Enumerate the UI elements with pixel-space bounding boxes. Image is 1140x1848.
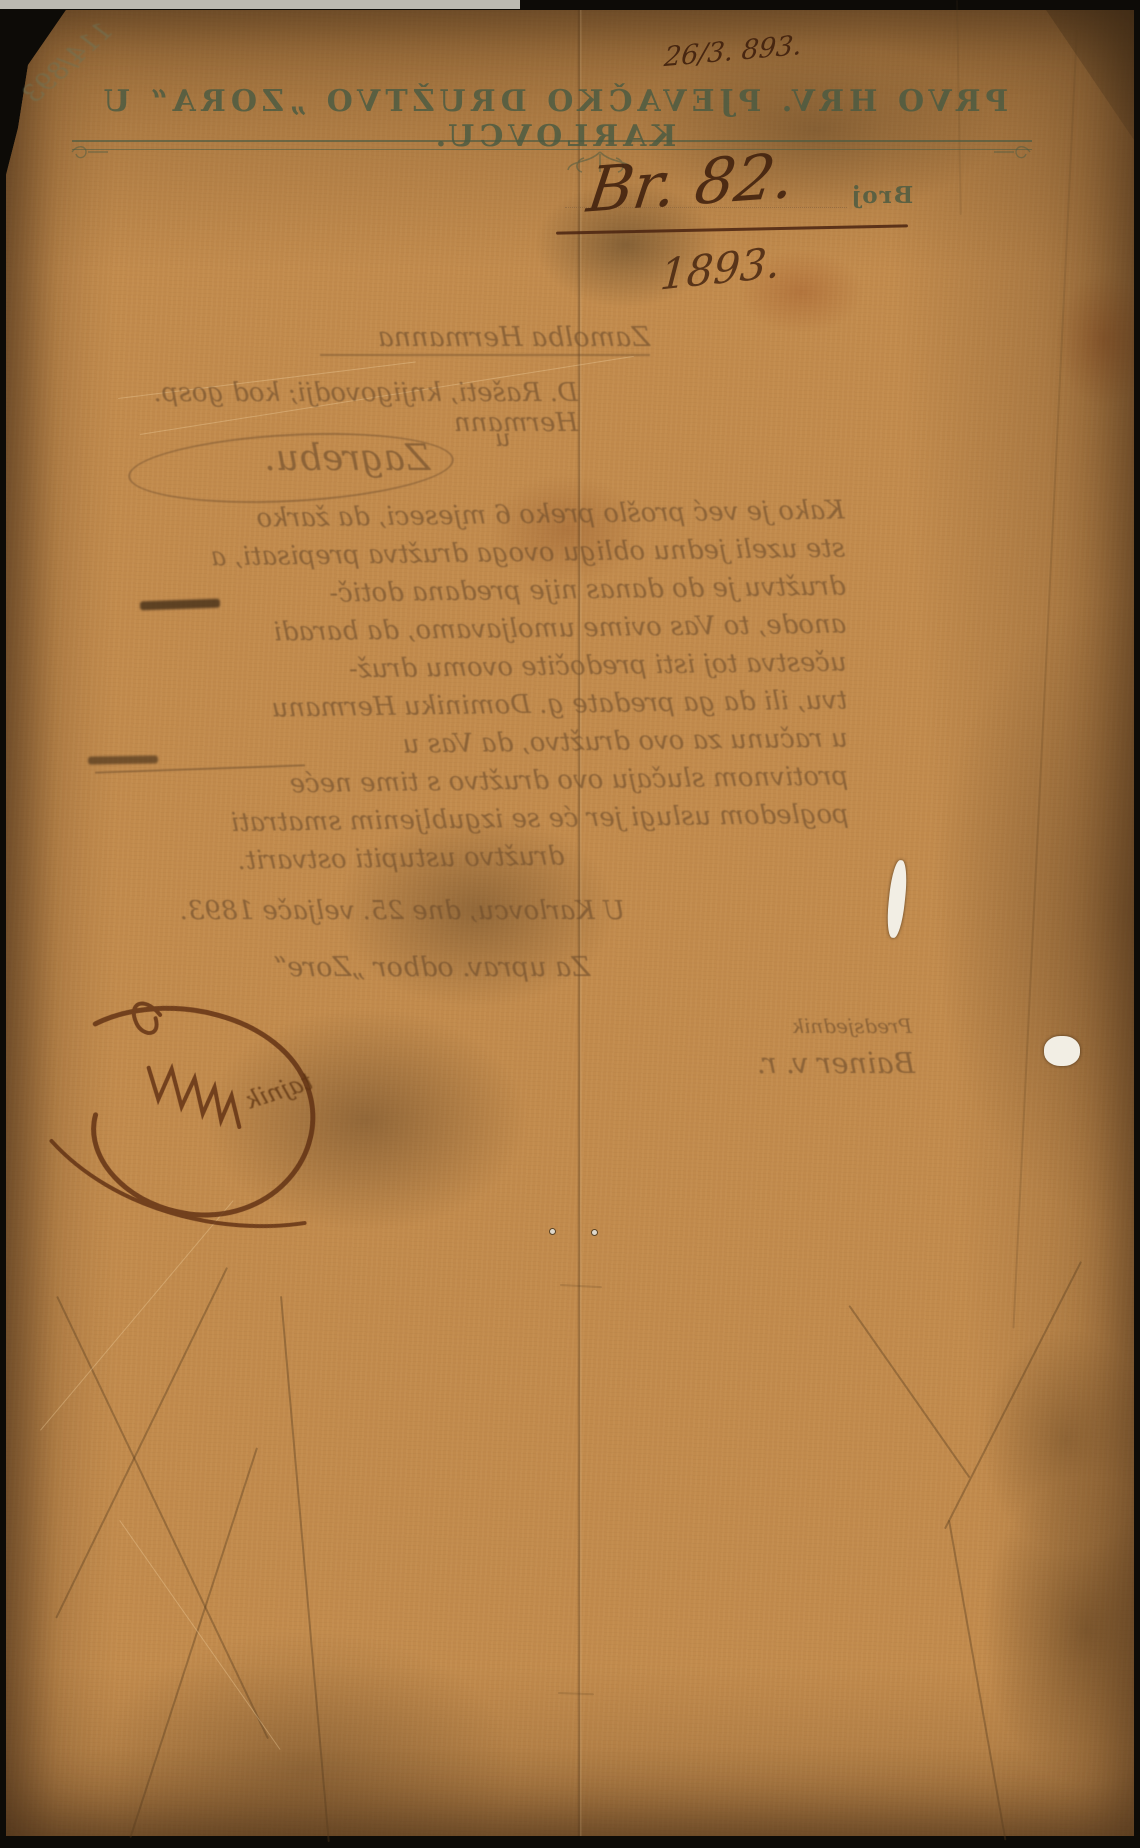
pin-hole — [591, 1229, 598, 1236]
letterhead-double-rule — [72, 140, 1032, 150]
broj-printed-label: Broj — [850, 182, 913, 209]
bleedthrough-letter-body: Kako je već prošlo preko 6 mjeseci, da ž… — [49, 491, 849, 882]
scanner-edge-strip — [0, 0, 520, 9]
bleedthrough-address-city: Zagrebu. — [150, 438, 430, 479]
ink-blot-strikethrough — [88, 755, 158, 764]
bleedthrough-president-signature: Bainer v. r. — [700, 1046, 915, 1080]
pin-hole — [549, 1228, 556, 1235]
bleedthrough-dateline: U Karlovcu, dne 25. veljače 1893. — [135, 896, 625, 926]
letterhead-end-curl — [992, 144, 1032, 160]
document-scan: 114/893 PRVO HRV. PJEVAČKO DRUŽTVO „ZORA… — [0, 0, 1140, 1848]
handwritten-register-number: Br. 82. — [583, 138, 799, 226]
bleedthrough-address-heading: Zamolba Hermanna — [320, 322, 650, 356]
letterhead-end-curl — [70, 144, 110, 160]
bleedthrough-president-label: Predsjednik — [737, 1014, 912, 1038]
paper-tear — [1044, 1036, 1080, 1066]
bleedthrough-board-line: Za uprav. odbor „Zore“ — [245, 952, 590, 983]
bleedthrough-address-u: u — [495, 424, 510, 452]
